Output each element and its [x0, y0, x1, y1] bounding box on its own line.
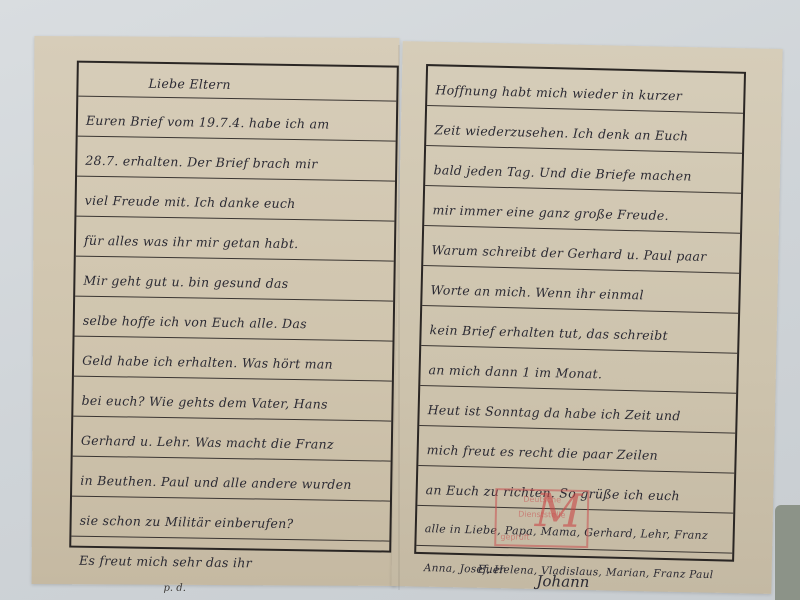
letter-line: Mir geht gut u. bin gesund das: [75, 257, 394, 302]
letter-line: Euren Brief vom 19.7.4. habe ich am: [78, 97, 397, 142]
letter-line: für alles was ihr mir getan habt.: [76, 217, 395, 262]
closing: Euer: [478, 563, 505, 577]
letter-line: in Beuthen. Paul und alle andere wurden: [72, 457, 391, 502]
letter-left-page: Liebe Eltern Euren Brief vom 19.7.4. hab…: [32, 36, 400, 586]
paper-fold: [398, 45, 400, 590]
margin-scribble: p. d.: [164, 583, 186, 594]
stamp-initial-mark: M: [534, 483, 582, 538]
letter-right-page: Hoffnung habt mich wieder in kurzer Zeit…: [391, 41, 782, 594]
censor-stamp: Deutsche Dienststelle geprüft M: [494, 488, 589, 548]
letter-line: bei euch? Wie gehts dem Vater, Hans: [73, 377, 392, 422]
left-ruled-frame: Liebe Eltern Euren Brief vom 19.7.4. hab…: [69, 61, 399, 553]
letter-line: Geld habe ich erhalten. Was hört man: [74, 337, 393, 382]
letter-line: Es freut mich sehr das ihr: [71, 537, 390, 582]
salutation: Liebe Eltern: [78, 63, 396, 102]
signature: Johann: [536, 572, 589, 591]
letter-line: selbe hoffe ich von Euch alle. Das: [75, 297, 394, 342]
letter-line: sie schon zu Militär einberufen?: [71, 497, 390, 542]
cloth-corner: [775, 505, 800, 600]
letter-line: Gerhard u. Lehr. Was macht die Franz: [73, 417, 392, 462]
letter-line: 28.7. erhalten. Der Brief brach mir: [77, 137, 396, 182]
stamp-line: geprüft: [500, 532, 529, 542]
letter-line: viel Freude mit. Ich danke euch: [76, 177, 395, 222]
